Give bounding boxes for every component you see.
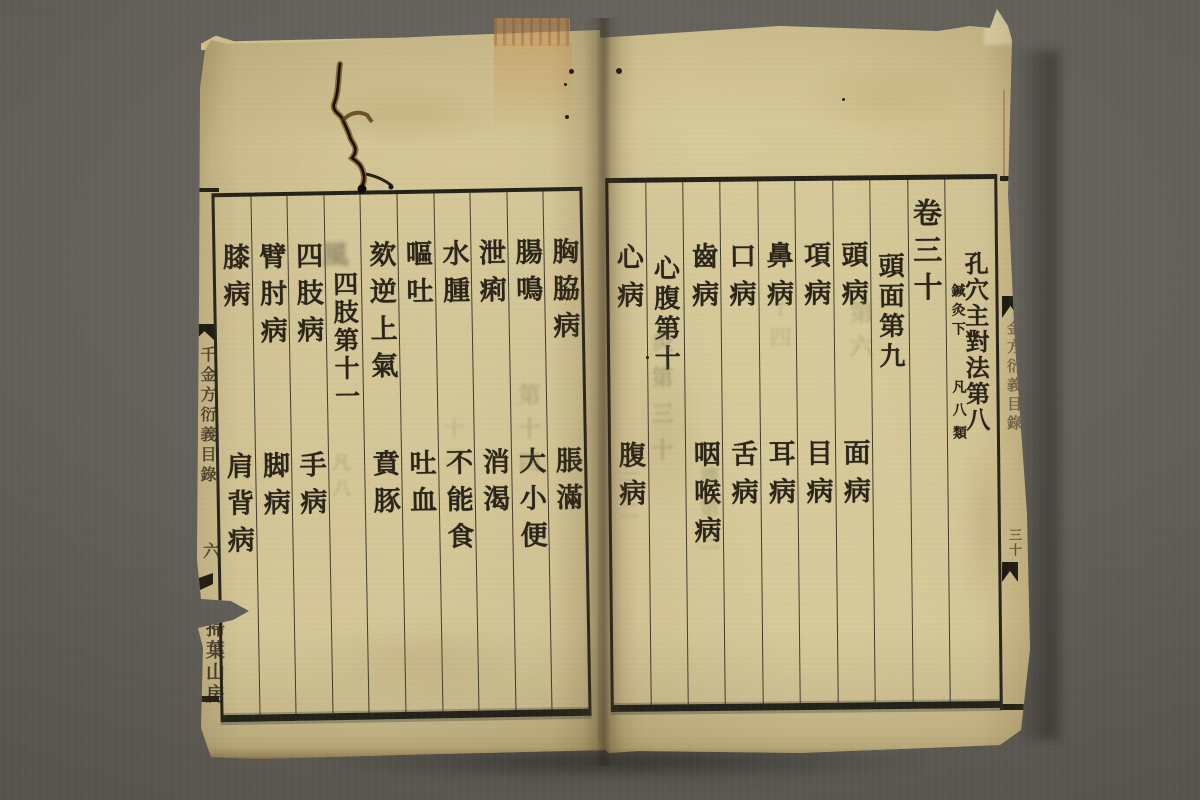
ink-speck xyxy=(616,68,622,74)
ink-speck xyxy=(565,115,569,119)
toc-column: 膝病 肩背病 xyxy=(215,197,260,716)
toc-entry: 面病 xyxy=(834,438,874,514)
toc-entry: 手病 xyxy=(290,450,330,525)
toc-entry: 耳病 xyxy=(759,439,799,515)
toc-column-chapter-title: 孔穴主對法第八 鍼灸下 凡八類 xyxy=(944,179,999,701)
toc-section-title: 心腹第十 xyxy=(646,254,684,374)
toc-entry: 臂肘病 xyxy=(250,242,291,354)
toc-chapter-note: 凡八類 xyxy=(948,379,969,448)
fold-crease xyxy=(1003,90,1005,182)
toc-column: 頭病 面病 xyxy=(832,180,875,702)
toc-entry: 賁豚 xyxy=(364,449,404,524)
toc-section-title: 四肢第十一 xyxy=(325,271,363,412)
toc-entry: 吐血 xyxy=(400,448,440,523)
toc-column: 心病 腹病 xyxy=(608,183,650,705)
toc-column: 口病 舌病 xyxy=(720,181,763,703)
repair-tape xyxy=(494,18,570,46)
toc-entry: 舌病 xyxy=(722,439,762,515)
toc-grid-right: 孔穴主對法第八 鍼灸下 凡八類 卷三十 頭面第九 頭病 面病 項病 目病 鼻病 … xyxy=(605,174,1003,712)
banxin-leaf-number: 三十 xyxy=(1004,528,1023,558)
toc-column: 齒病 咽喉病 xyxy=(682,182,725,704)
ink-speck xyxy=(842,98,845,101)
toc-entry: 齒病 xyxy=(683,242,723,318)
toc-section-title: 頭面第九 xyxy=(871,252,909,372)
ink-speck xyxy=(569,69,574,74)
toc-entry: 心病 xyxy=(608,243,648,319)
toc-entry: 不能食 xyxy=(437,448,478,560)
toc-entry: 咽喉病 xyxy=(685,440,725,554)
toc-column-section-header: 頭面第九 xyxy=(869,180,912,702)
torn-corner-flap xyxy=(984,7,1012,45)
toc-entry: 腸鳴 xyxy=(506,237,546,312)
ink-speck xyxy=(646,356,649,359)
toc-entry: 肩背病 xyxy=(217,452,258,564)
banxin-rule xyxy=(193,188,219,192)
toc-entry: 口病 xyxy=(720,241,760,317)
tape-stain xyxy=(494,44,572,130)
toc-column-volume: 卷三十 xyxy=(907,180,950,702)
toc-chapter-note: 鍼灸下 xyxy=(947,283,968,340)
left-page: 千金方衍義目錄 六 掃葉山房 胸脇病 脹滿 腸鳴 大小便 泄痢 消渴 水腫 不能… xyxy=(197,28,608,760)
right-page: 金方衍義目錄 三十 孔穴主對法第八 鍼灸下 凡八類 卷三十 頭面第九 頭病 面病… xyxy=(598,4,1032,760)
toc-entry: 胸脇病 xyxy=(543,237,584,349)
toc-entry: 鼻病 xyxy=(757,241,797,317)
toc-entry: 四肢病 xyxy=(287,241,328,353)
toc-entry: 大小便 xyxy=(510,446,551,558)
fishtail-mark-icon xyxy=(196,573,213,593)
fishtail-mark-icon xyxy=(1002,562,1018,582)
toc-entry: 欬逆上氣 xyxy=(360,240,402,389)
toc-entry: 腹病 xyxy=(610,441,650,517)
toc-entry: 水腫 xyxy=(433,239,473,314)
toc-column: 鼻病 耳病 xyxy=(757,181,800,703)
toc-grid-left: 胸脇病 脹滿 腸鳴 大小便 泄痢 消渴 水腫 不能食 嘔吐 吐血 欬逆上氣 賁豚 xyxy=(211,187,591,722)
toc-entry: 膝病 xyxy=(214,243,254,318)
toc-entry: 泄痢 xyxy=(470,238,510,313)
stain xyxy=(748,44,1008,156)
toc-column: 項病 目病 xyxy=(795,181,838,703)
toc-entry: 嘔吐 xyxy=(397,239,437,314)
toc-entry: 頭病 xyxy=(832,240,872,316)
toc-entry: 目病 xyxy=(797,439,837,515)
ink-speck xyxy=(564,83,567,86)
toc-entry: 脹滿 xyxy=(547,446,587,521)
photo-of-open-woodblock-book: 千金方衍義目錄 六 掃葉山房 胸脇病 脹滿 腸鳴 大小便 泄痢 消渴 水腫 不能… xyxy=(0,0,1200,800)
banxin-rule xyxy=(193,696,219,702)
toc-entry: 脚病 xyxy=(254,451,294,526)
toc-column-section-header: 心腹第十 xyxy=(645,182,688,704)
worm-crack xyxy=(317,56,457,231)
toc-volume-label: 卷三十 xyxy=(906,197,948,308)
fishtail-mark-icon xyxy=(195,324,214,340)
toc-entry: 消渴 xyxy=(473,447,513,522)
toc-entry: 項病 xyxy=(795,241,835,317)
